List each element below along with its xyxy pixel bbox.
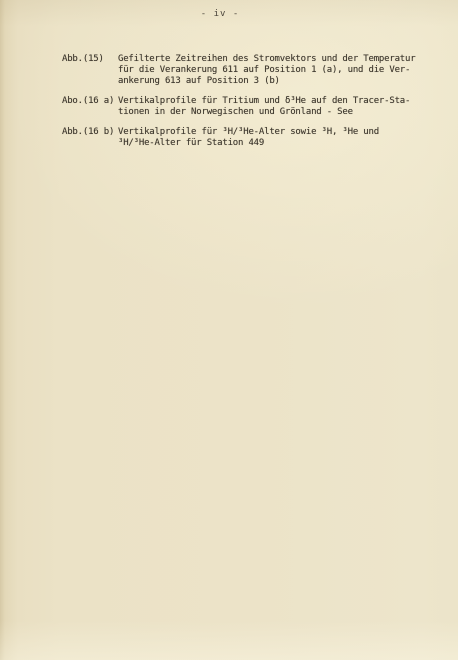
caption-line: für die Verankerung 611 auf Position 1 (… bbox=[118, 65, 424, 76]
figure-entry: Abb.(15)Gefilterte Zeitreihen des Stromv… bbox=[62, 54, 424, 87]
figure-label: Abb.(16 b) bbox=[62, 127, 118, 138]
figure-label: Abb.(15) bbox=[62, 54, 118, 65]
caption-line: tionen in der Norwegischen und Grönland … bbox=[118, 107, 424, 118]
figure-entry: Abo.(16 a)Vertikalprofile für Tritium un… bbox=[62, 96, 424, 118]
scanned-document-page: - iv - Abb.(15)Gefilterte Zeitreihen des… bbox=[0, 0, 458, 660]
caption-line: ankerung 613 auf Position 3 (b) bbox=[118, 76, 424, 87]
figure-caption: Gefilterte Zeitreihen des Stromvektors u… bbox=[118, 54, 424, 87]
figure-caption: Vertikalprofile für Tritium und δ³He auf… bbox=[118, 96, 424, 118]
caption-line: Vertikalprofile für Tritium und δ³He auf… bbox=[118, 96, 424, 107]
figure-caption: Vertikalprofile für ³H/³He-Alter sowie ³… bbox=[118, 127, 424, 149]
caption-line: Vertikalprofile für ³H/³He-Alter sowie ³… bbox=[118, 127, 424, 138]
caption-line: ³H/³He-Alter für Station 449 bbox=[118, 138, 424, 149]
page-number: - iv - bbox=[0, 9, 440, 19]
caption-line: Gefilterte Zeitreihen des Stromvektors u… bbox=[118, 54, 424, 65]
figure-list: Abb.(15)Gefilterte Zeitreihen des Stromv… bbox=[62, 54, 424, 158]
figure-label: Abo.(16 a) bbox=[62, 96, 118, 107]
figure-entry: Abb.(16 b)Vertikalprofile für ³H/³He-Alt… bbox=[62, 127, 424, 149]
